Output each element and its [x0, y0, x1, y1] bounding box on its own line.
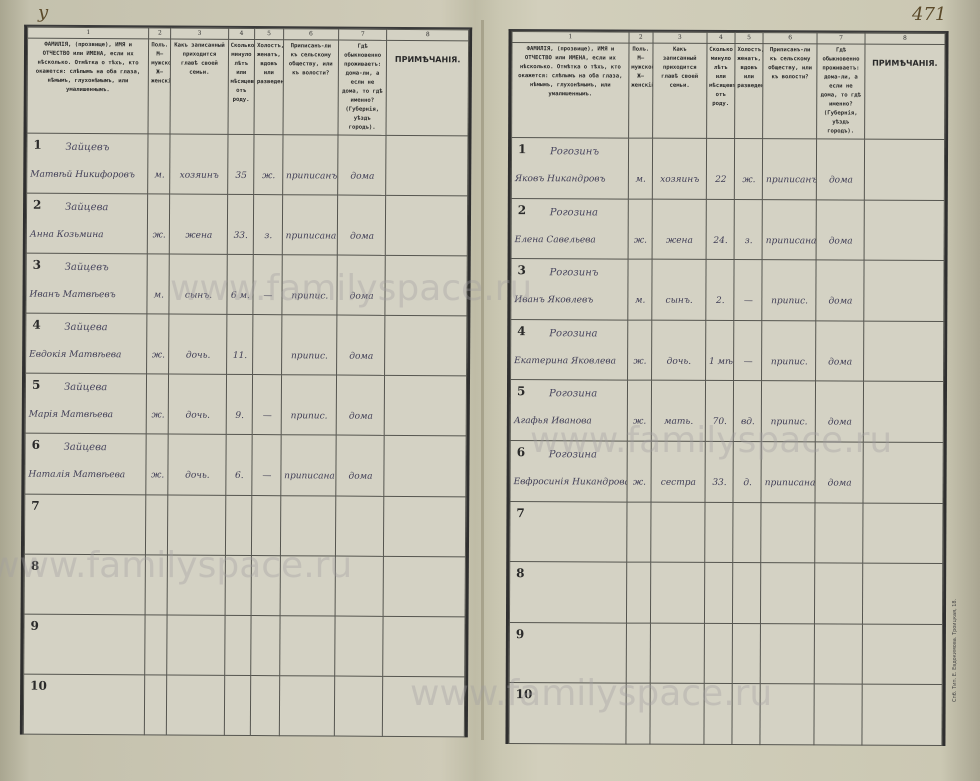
registered-cell: припис.	[281, 315, 336, 375]
residence-cell: дома	[815, 442, 863, 503]
given-name: Евфросинія Никандрова	[514, 477, 628, 488]
name-cell: 1РогозинъЯковъ Никандровъ	[511, 138, 628, 199]
relation-cell: жена	[652, 199, 706, 260]
row-number: 7	[31, 498, 39, 512]
registered-cell: приписана	[282, 195, 337, 255]
row-number: 8	[31, 558, 39, 572]
header-age: Сколько минуло лѣтъ или мѣсяцевъ отъ род…	[228, 39, 255, 134]
residence-cell: дома	[816, 321, 864, 382]
row-number: 10	[30, 679, 47, 693]
header-residence: Гдѣ обыкновенно проживаетъ: дома-ли, а е…	[338, 40, 387, 135]
given-name: Елена Савельева	[515, 235, 596, 245]
row-number: 9	[516, 627, 524, 641]
age-cell: 33.	[705, 441, 733, 502]
table-row: 8	[24, 554, 465, 617]
name-cell: 4ЗайцеваЕвдокія Матвѣева	[26, 313, 148, 374]
row-number: 2	[33, 198, 41, 212]
header-notes: ПРИМѢЧАНІЯ.	[864, 44, 945, 139]
header-sex: Полъ. М—мужской. Ж—женскій.	[148, 39, 171, 134]
surname: Рогозина	[549, 389, 597, 400]
name-cell: 10	[509, 683, 626, 744]
header-age: Сколько минуло лѣтъ или мѣсяцевъ отъ род…	[706, 43, 735, 138]
age-cell: 70.	[705, 381, 733, 442]
notes-cell	[864, 260, 944, 321]
residence-cell: дома	[336, 315, 385, 375]
column-header-row: ФАМИЛІЯ, (прозвище), ИМЯ и ОТЧЕСТВО или …	[512, 43, 945, 140]
marital-cell: з.	[253, 195, 282, 255]
relation-cell: дочь.	[169, 314, 227, 374]
table-row: 3ЗайцевъИванъ Матвѣевъ м. сынъ. 6 м. — п…	[26, 253, 467, 316]
name-cell: 2РогозинаЕлена Савельева	[511, 198, 628, 259]
row-number: 1	[33, 138, 41, 152]
notes-cell	[385, 316, 467, 377]
marital-cell	[253, 315, 282, 375]
notes-cell	[385, 256, 467, 317]
table-row: 7	[24, 494, 465, 557]
header-marital: Холостъ, женатъ, вдовъ или разведенъ.	[254, 40, 283, 135]
left-page: 1 2 3 4 5 6 7 8 ФАМИЛІЯ, (прозвище), ИМЯ…	[20, 25, 472, 738]
col-num: 8	[387, 29, 469, 40]
name-cell: 8	[24, 554, 146, 615]
name-cell: 6РогозинаЕвфросинія Никандрова	[510, 441, 627, 502]
table-row: 10	[23, 674, 464, 737]
header-name: ФАМИЛІЯ, (прозвище), ИМЯ и ОТЧЕСТВО или …	[27, 38, 149, 134]
marital-cell: —	[734, 260, 762, 321]
header-relation: Какъ записанный приходится главѣ своей с…	[652, 43, 707, 138]
registered-cell: приписанъ	[282, 135, 337, 195]
row-number: 9	[30, 618, 38, 632]
age-cell: 2.	[706, 260, 734, 321]
surname: Рогозина	[550, 207, 598, 218]
registered-cell: приписана	[281, 435, 336, 495]
surname: Зайцева	[64, 442, 107, 453]
marital-cell: д.	[733, 441, 761, 502]
sex-cell: м.	[148, 134, 170, 194]
residence-cell: дома	[336, 436, 385, 496]
marital-cell: —	[253, 255, 282, 315]
name-cell: 1ЗайцевъМатвѣй Никифоровъ	[27, 133, 149, 194]
marital-cell: ж.	[734, 139, 762, 200]
relation-cell: сынъ.	[652, 259, 706, 320]
residence-cell: дома	[338, 135, 387, 195]
table-row: 1ЗайцевъМатвѣй Никифоровъ м. хозяинъ 35 …	[27, 133, 468, 196]
col-num: 7	[338, 29, 387, 40]
relation-cell: дочь.	[168, 374, 226, 434]
given-name: Яковъ Никандровъ	[515, 174, 606, 184]
marital-cell: вд.	[733, 381, 761, 442]
sex-cell: ж.	[627, 441, 651, 502]
sex-cell: ж.	[146, 434, 168, 494]
table-row: 7	[510, 501, 943, 563]
header-relation: Какъ записанный приходится главѣ своей с…	[170, 39, 228, 134]
relation-cell: сынъ.	[169, 254, 227, 314]
table-row: 5РогозинаАгафья Иванова ж. мать. 70. вд.…	[510, 380, 943, 442]
given-name: Матвѣй Никифоровъ	[30, 170, 135, 181]
row-number: 3	[33, 258, 41, 272]
row-number: 10	[516, 687, 533, 701]
sex-cell: ж.	[628, 199, 652, 260]
col-num: 7	[817, 33, 865, 44]
relation-cell: хозяинъ	[652, 138, 706, 199]
row-number: 7	[516, 506, 524, 520]
surname: Рогозина	[549, 449, 597, 460]
header-residence: Гдѣ обыкновенно проживаетъ: дома-ли, а е…	[817, 44, 865, 139]
row-number: 6	[32, 438, 40, 452]
notes-cell	[863, 321, 943, 382]
surname: Рогозинъ	[550, 146, 599, 157]
sex-cell: м.	[628, 259, 652, 320]
row-number: 1	[518, 142, 526, 156]
col-num: 2	[629, 32, 653, 43]
notes-cell	[864, 139, 944, 200]
age-cell: 33.	[227, 194, 254, 254]
name-cell: 5ЗайцеваМарія Матвѣева	[25, 374, 147, 435]
given-name: Евдокія Матвѣева	[29, 350, 121, 361]
registered-cell: приписанъ	[762, 139, 816, 200]
given-name: Екатерина Яковлева	[514, 356, 616, 366]
table-row: 5ЗайцеваМарія Матвѣева ж. дочь. 9. — при…	[25, 374, 466, 437]
relation-cell: хозяинъ	[170, 134, 228, 194]
name-cell: 9	[509, 622, 626, 683]
col-num: 1	[512, 32, 629, 44]
age-cell: 11.	[226, 315, 253, 375]
col-num: 5	[255, 29, 284, 40]
row-number: 6	[517, 445, 525, 459]
header-marital: Холостъ, женатъ, вдовъ или разведенъ.	[735, 44, 764, 139]
marital-cell: —	[734, 320, 762, 381]
notes-cell	[386, 195, 468, 256]
col-num: 4	[707, 32, 735, 43]
given-name: Анна Козьмина	[30, 230, 104, 240]
folio-mark-left: у	[38, 2, 48, 23]
row-number: 2	[518, 203, 526, 217]
name-cell: 3РогозинъИванъ Яковлевъ	[511, 259, 628, 320]
residence-cell: дома	[816, 260, 864, 321]
sex-cell: ж.	[146, 374, 168, 434]
col-num: 3	[653, 32, 707, 43]
col-num: 4	[228, 28, 255, 39]
col-num: 1	[28, 27, 149, 39]
relation-cell: мать.	[651, 381, 705, 442]
book-spine	[481, 20, 484, 740]
right-page: 1 2 3 4 5 6 7 8 ФАМИЛІЯ, (прозвище), ИМЯ…	[505, 29, 948, 746]
table-row: 4ЗайцеваЕвдокія Матвѣева ж. дочь. 11. пр…	[26, 313, 467, 376]
age-cell: 24.	[706, 199, 734, 260]
table-row: 6РогозинаЕвфросинія Никандрова ж. сестра…	[510, 441, 943, 503]
notes-cell	[386, 135, 468, 196]
row-number: 8	[516, 566, 524, 580]
header-registered: Приписанъ-ли къ сельскому обществу, или …	[283, 40, 339, 135]
col-num: 6	[763, 33, 817, 44]
relation-cell: дочь.	[168, 434, 226, 494]
col-num: 2	[149, 28, 171, 39]
given-name: Иванъ Матвѣевъ	[29, 290, 115, 301]
notes-cell	[385, 376, 467, 437]
row-number: 3	[517, 263, 525, 277]
marital-cell: з.	[734, 199, 762, 260]
sex-cell: ж.	[627, 380, 651, 441]
surname: Зайцевъ	[65, 142, 109, 153]
residence-cell: дома	[336, 375, 385, 435]
relation-cell: дочь.	[651, 320, 705, 381]
folio-number-right: 471	[912, 4, 946, 25]
table-row: 2РогозинаЕлена Савельева ж. жена 24. з. …	[511, 198, 944, 260]
table-row: 3РогозинъИванъ Яковлевъ м. сынъ. 2. — пр…	[511, 259, 944, 321]
right-register-table: 1 2 3 4 5 6 7 8 ФАМИЛІЯ, (прозвище), ИМЯ…	[508, 31, 945, 746]
name-cell: 5РогозинаАгафья Иванова	[510, 380, 627, 441]
col-num: 6	[283, 29, 338, 40]
residence-cell: дома	[337, 255, 386, 315]
residence-cell: дома	[816, 381, 864, 442]
name-cell: 6ЗайцеваНаталія Матвѣева	[25, 434, 147, 495]
name-cell: 7	[510, 501, 627, 562]
header-registered: Приписанъ-ли къ сельскому обществу, или …	[763, 44, 818, 139]
given-name: Агафья Иванова	[514, 416, 592, 426]
registered-cell: припис.	[281, 375, 336, 435]
surname: Зайцева	[65, 202, 108, 213]
row-number: 4	[517, 324, 525, 338]
name-cell: 10	[23, 674, 145, 735]
notes-cell	[863, 442, 943, 503]
registered-cell: приписана	[762, 199, 816, 260]
sex-cell: ж.	[627, 320, 651, 381]
registered-cell: припис.	[761, 381, 815, 442]
registered-cell: припис.	[282, 255, 337, 315]
age-cell: 9.	[226, 375, 253, 435]
table-row: 6ЗайцеваНаталія Матвѣева ж. дочь. 6. — п…	[25, 434, 466, 497]
table-row: 10	[509, 683, 942, 746]
left-register-table: 1 2 3 4 5 6 7 8 ФАМИЛІЯ, (прозвище), ИМЯ…	[23, 27, 469, 738]
age-cell: 1 мѣс.	[705, 320, 733, 381]
row-number: 5	[32, 378, 40, 392]
header-sex: Полъ. М—мужской. Ж—женскій.	[628, 43, 652, 138]
age-cell: 22	[706, 138, 734, 199]
marital-cell: —	[252, 435, 281, 495]
notes-cell	[864, 200, 944, 261]
given-name: Иванъ Яковлевъ	[514, 295, 593, 305]
table-row: 2ЗайцеваАнна Козьмина ж. жена 33. з. при…	[26, 193, 467, 256]
given-name: Наталія Матвѣева	[28, 470, 125, 481]
sex-cell: ж.	[148, 194, 170, 254]
header-name: ФАМИЛІЯ, (прозвище), ИМЯ и ОТЧЕСТВО или …	[512, 43, 629, 139]
book-spread: у 471 1 2 3 4 5 6 7 8 ФАМИЛІЯ, (прозвищ	[0, 0, 980, 781]
col-num: 8	[865, 33, 945, 44]
surname: Рогозина	[549, 328, 597, 339]
residence-cell: дома	[816, 199, 864, 260]
col-num: 5	[735, 33, 763, 44]
surname: Зайцева	[64, 322, 107, 333]
age-cell: 6.	[225, 435, 252, 495]
sex-cell: ж.	[147, 314, 169, 374]
table-row: 9	[24, 614, 465, 677]
sex-cell: м.	[628, 138, 652, 199]
given-name: Марія Матвѣева	[29, 410, 113, 421]
age-cell: 6 м.	[227, 255, 254, 315]
name-cell: 7	[24, 494, 146, 555]
name-cell: 8	[509, 562, 626, 623]
row-number: 5	[517, 384, 525, 398]
residence-cell: дома	[337, 195, 386, 255]
sex-cell: м.	[147, 254, 169, 314]
residence-cell: дома	[817, 139, 865, 200]
name-cell: 2ЗайцеваАнна Козьмина	[26, 193, 148, 254]
printer-imprint: Спб. Тип. Е. Евдокимова. Троицкая, 18.	[952, 560, 962, 740]
surname: Зайцевъ	[65, 262, 109, 273]
marital-cell: —	[252, 375, 281, 435]
row-number: 4	[32, 318, 40, 332]
relation-cell: жена	[170, 194, 228, 254]
name-cell: 3ЗайцевъИванъ Матвѣевъ	[26, 253, 148, 314]
table-row: 1РогозинъЯковъ Никандровъ м. хозяинъ 22 …	[511, 138, 944, 200]
column-header-row: ФАМИЛІЯ, (прозвище), ИМЯ и ОТЧЕСТВО или …	[27, 38, 469, 136]
registered-cell: припис.	[762, 320, 816, 381]
age-cell: 35	[227, 134, 254, 194]
col-num: 3	[171, 28, 228, 39]
header-notes: ПРИМѢЧАНІЯ.	[386, 40, 468, 135]
table-row: 4РогозинаЕкатерина Яковлева ж. дочь. 1 м…	[511, 319, 944, 381]
table-row: 9	[509, 622, 942, 684]
registered-cell: приписана	[761, 442, 815, 503]
surname: Зайцева	[64, 382, 107, 393]
name-cell: 9	[24, 614, 146, 675]
notes-cell	[384, 436, 466, 497]
table-row: 8	[509, 562, 942, 624]
marital-cell: ж.	[254, 135, 283, 195]
surname: Рогозинъ	[549, 267, 598, 278]
notes-cell	[863, 381, 943, 442]
registered-cell: припис.	[762, 260, 816, 321]
name-cell: 4РогозинаЕкатерина Яковлева	[511, 319, 628, 380]
relation-cell: сестра	[651, 441, 705, 502]
